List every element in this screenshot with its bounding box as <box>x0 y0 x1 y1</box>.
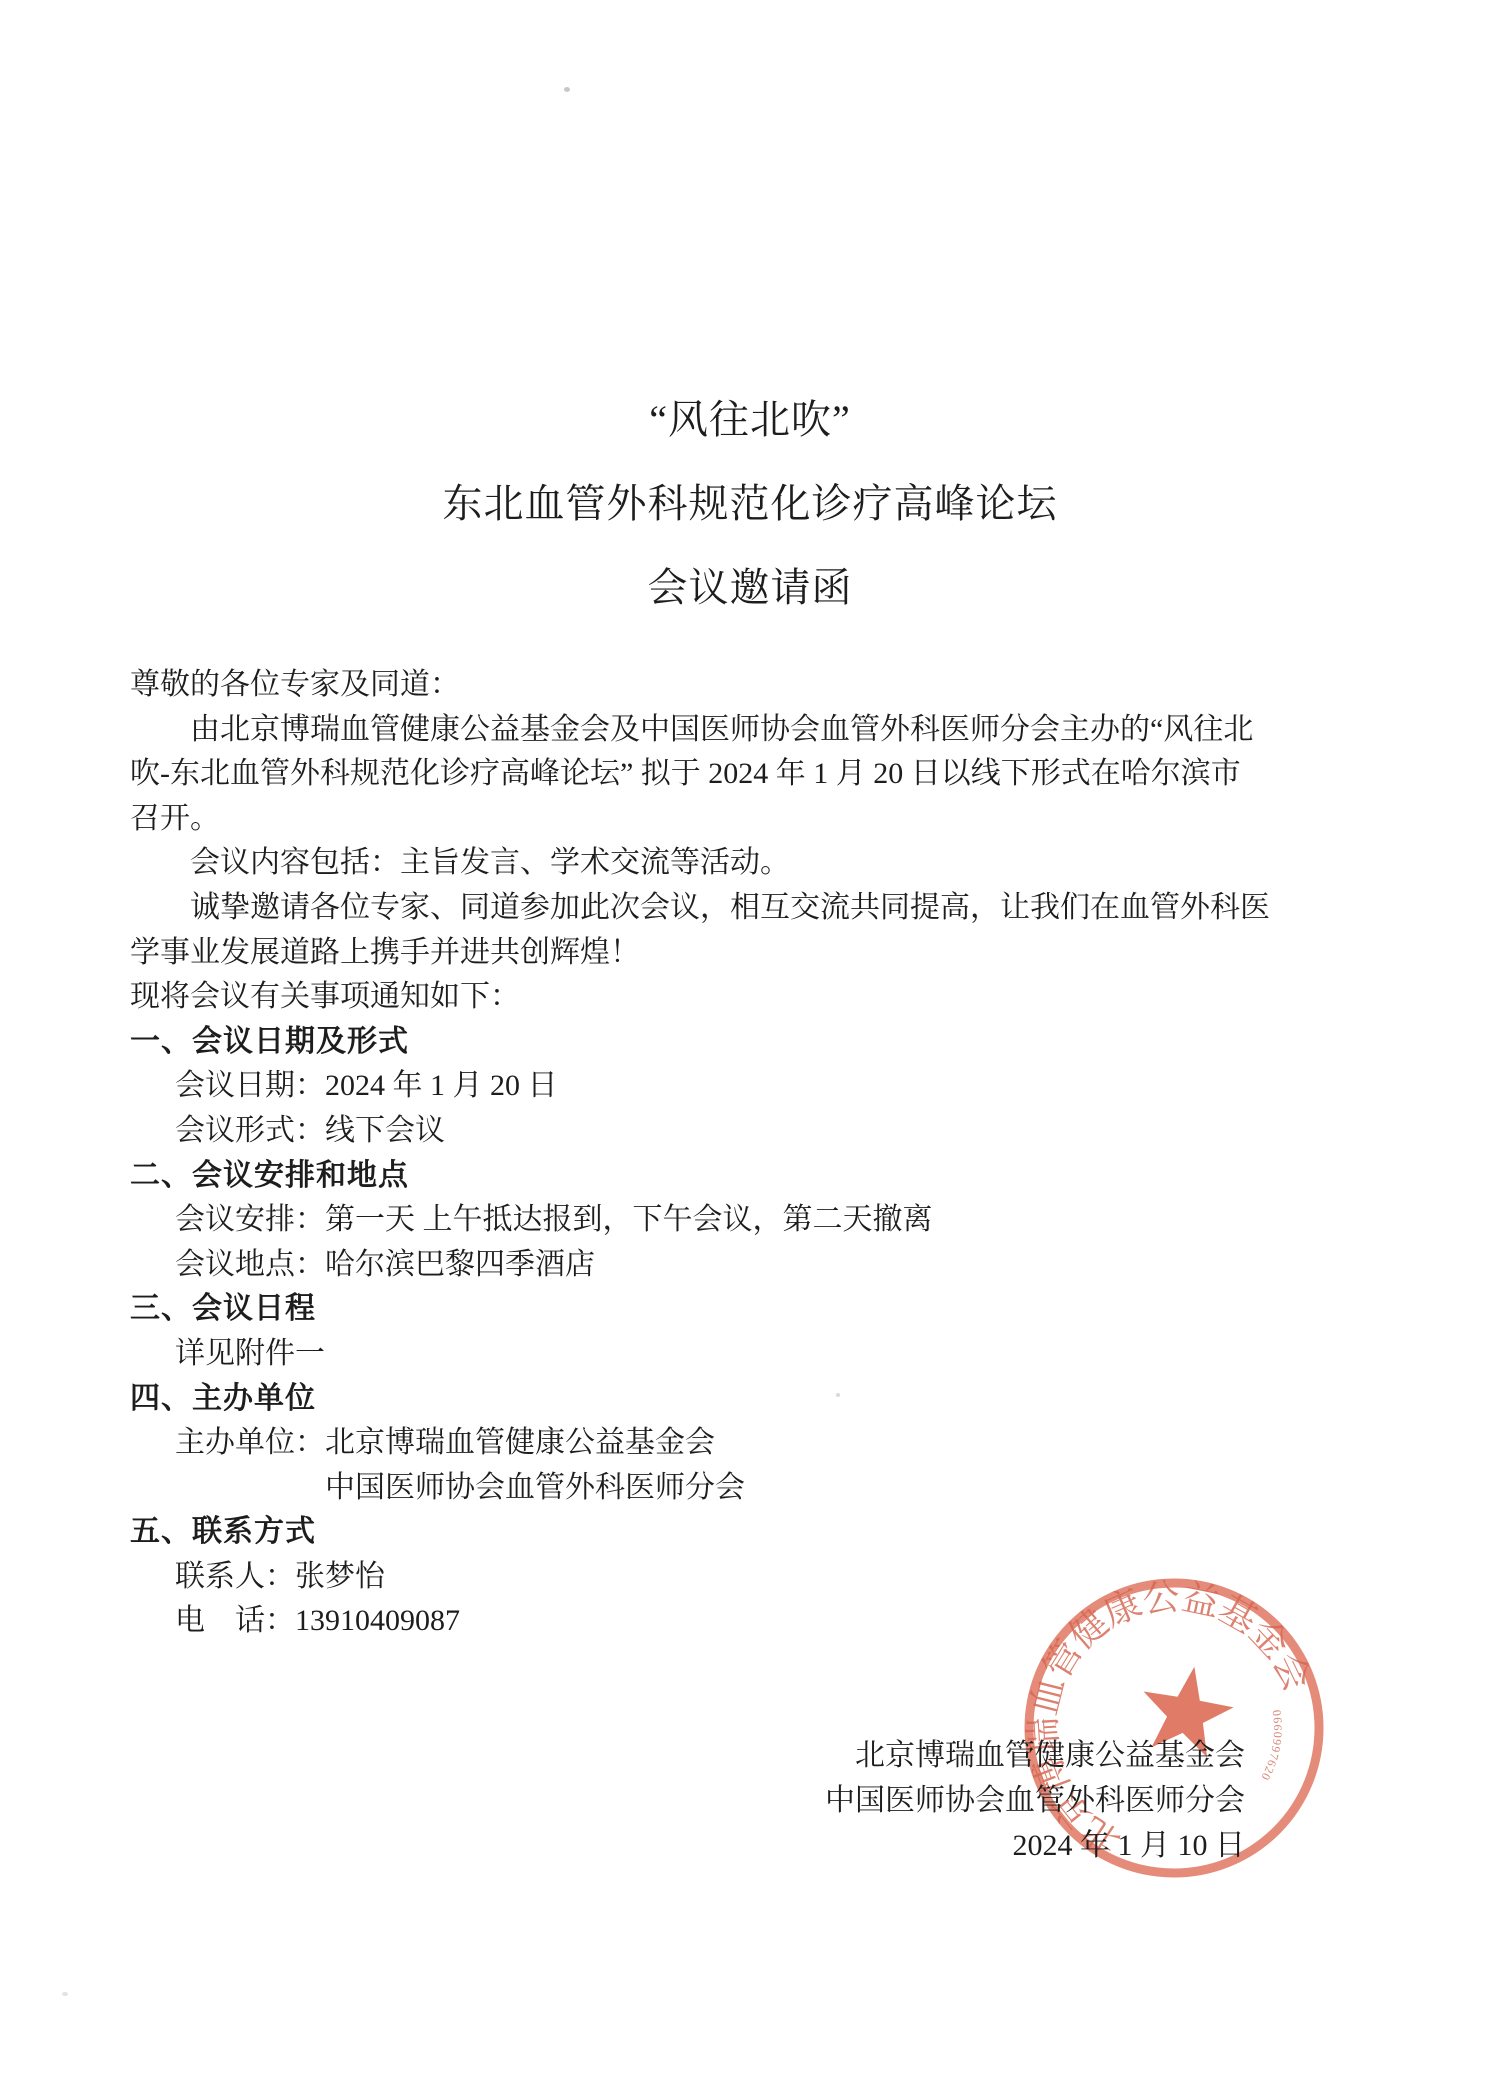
seal-serial-container: 0660997620 <box>1258 1709 1285 1783</box>
meeting-venue-line: 会议地点：哈尔滨巴黎四季酒店 <box>130 1243 1380 1288</box>
agenda-reference-line: 详见附件一 <box>130 1332 1380 1377</box>
paragraph-line: 学事业发展道路上携手并进共创辉煌！ <box>130 931 1380 976</box>
signature-date: 2024 年 1 月 10 日 <box>825 1823 1245 1868</box>
title-line-theme: “风往北吹” <box>0 378 1500 462</box>
section-heading-1: 一、会议日期及形式 <box>130 1020 1380 1065</box>
scan-speck <box>62 1992 68 1996</box>
section-heading-3: 三、会议日程 <box>130 1287 1380 1332</box>
paragraph-line: 由北京博瑞血管健康公益基金会及中国医师协会血管外科医师分会主办的“风往北 <box>130 708 1380 753</box>
section-heading-5: 五、联系方式 <box>130 1510 1380 1555</box>
signature-block: 北京博瑞血管健康公益基金会 中国医师协会血管外科医师分会 2024 年 1 月 … <box>825 1733 1245 1868</box>
meeting-format-line: 会议形式：线下会议 <box>130 1109 1380 1154</box>
scan-speck <box>564 87 570 92</box>
salutation: 尊敬的各位专家及同道： <box>130 663 1380 708</box>
meeting-schedule-line: 会议安排：第一天 上午抵达报到，下午会议，第二天撤离 <box>130 1198 1380 1243</box>
section-heading-2: 二、会议安排和地点 <box>130 1154 1380 1199</box>
seal-serial-number: 0660997620 <box>1258 1709 1285 1783</box>
paragraph-line: 吹-东北血管外科规范化诊疗高峰论坛” 拟于 2024 年 1 月 20 日以线下… <box>130 752 1380 797</box>
title-line-forum: 东北血管外科规范化诊疗高峰论坛 <box>0 462 1500 546</box>
organizer-line-2: 中国医师协会血管外科医师分会 <box>130 1466 1380 1511</box>
title-line-doc-type: 会议邀请函 <box>0 546 1500 630</box>
section-heading-4: 四、主办单位 <box>130 1377 1380 1422</box>
signature-org-2: 中国医师协会血管外科医师分会 <box>825 1778 1245 1823</box>
notice-intro: 现将会议有关事项通知如下： <box>130 975 1380 1020</box>
signature-org-1: 北京博瑞血管健康公益基金会 <box>825 1733 1245 1778</box>
paragraph-line: 会议内容包括：主旨发言、学术交流等活动。 <box>130 841 1380 886</box>
meeting-date-line: 会议日期：2024 年 1 月 20 日 <box>130 1064 1380 1109</box>
title-block: “风往北吹” 东北血管外科规范化诊疗高峰论坛 会议邀请函 <box>0 378 1500 630</box>
body-block: 尊敬的各位专家及同道： 由北京博瑞血管健康公益基金会及中国医师协会血管外科医师分… <box>130 663 1380 1644</box>
paragraph-line: 诚挚邀请各位专家、同道参加此次会议，相互交流共同提高，让我们在血管外科医 <box>130 886 1380 931</box>
paragraph-line: 召开。 <box>130 797 1380 842</box>
document-page: “风往北吹” 东北血管外科规范化诊疗高峰论坛 会议邀请函 尊敬的各位专家及同道：… <box>0 0 1500 2098</box>
organizer-line-1: 主办单位：北京博瑞血管健康公益基金会 <box>130 1421 1380 1466</box>
